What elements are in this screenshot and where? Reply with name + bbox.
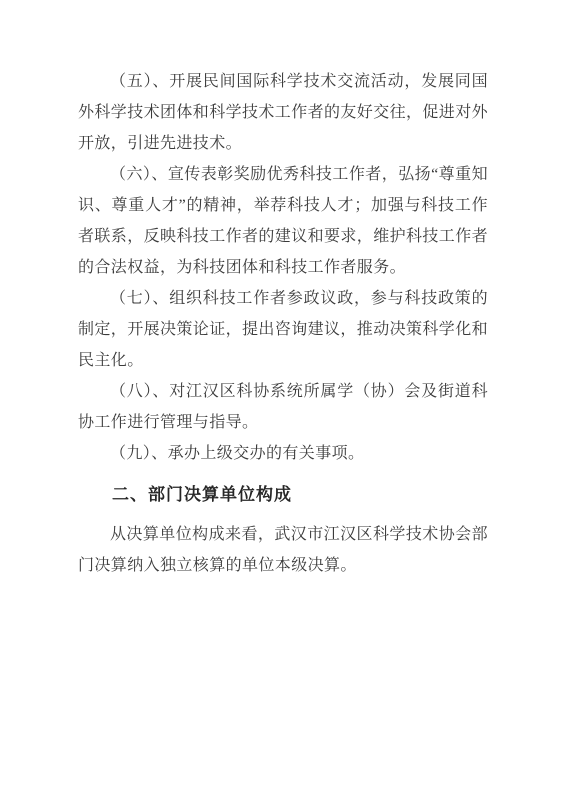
section-heading: 二、部门决算单位构成 [78,479,488,510]
numbered-paragraph-5: （五）、开展民间国际科学技术交流活动，发展同国外科学技术团体和科学技术工作者的友… [78,66,488,159]
numbered-paragraph-7: （七）、组织科技工作者参政议政，参与科技政策的制定，开展决策论证，提出咨询建议，… [78,283,488,376]
numbered-paragraph-6: （六）、宣传表彰奖励优秀科技工作者，弘扬“尊重知识、尊重人才”的精神，举荐科技人… [78,159,488,283]
numbered-paragraph-9: （九）、承办上级交办的有关事项。 [78,438,488,469]
document-page: （五）、开展民间国际科学技术交流活动，发展同国外科学技术团体和科学技术工作者的友… [0,0,566,800]
section-paragraph: 从决算单位构成来看，武汉市江汉区科学技术协会部门决算纳入独立核算的单位本级决算。 [78,519,488,581]
numbered-paragraph-8: （八）、对江汉区科协系统所属学（协）会及街道科协工作进行管理与指导。 [78,376,488,438]
